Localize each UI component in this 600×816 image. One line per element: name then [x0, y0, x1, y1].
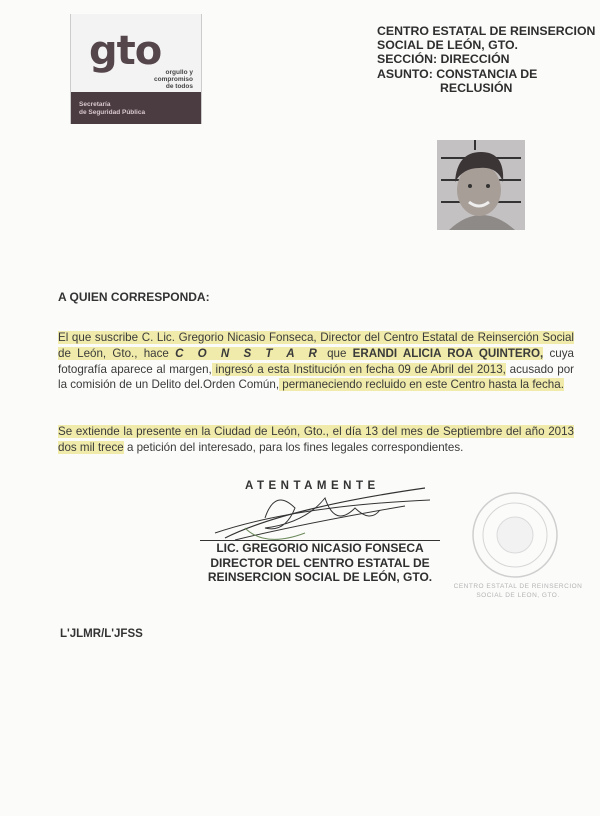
body-paragraph-1: El que suscribe C. Lic. Gregorio Nicasio… — [58, 330, 574, 393]
logo-department-band: Secretaría de Seguridad Pública — [71, 92, 201, 124]
header-subject-cont: RECLUSIÓN — [377, 81, 595, 95]
signer-name: LIC. GREGORIO NICASIO FONSECA — [200, 541, 440, 556]
header-subject: ASUNTO: CONSTANCIA DE — [377, 67, 595, 81]
inmate-photo — [437, 140, 525, 230]
person-photo-icon — [437, 140, 525, 230]
signer-institution: REINSERCION SOCIAL DE LEÓN, GTO. — [200, 570, 440, 585]
document-header: CENTRO ESTATAL DE REINSERCION SOCIAL DE … — [377, 24, 595, 95]
signature-scribble-icon — [205, 478, 435, 548]
reference-initials: L'JLMR/L'JFSS — [60, 628, 143, 640]
gto-logo: gto orgullo y compromiso de todos Secret… — [70, 14, 202, 124]
header-line: CENTRO ESTATAL DE REINSERCION — [377, 24, 595, 38]
stamp-caption: CENTRO ESTATAL DE REINSERCION SOCIAL DE … — [448, 582, 588, 600]
official-seal-icon — [470, 490, 560, 580]
signer-title: DIRECTOR DEL CENTRO ESTATAL DE — [200, 556, 440, 571]
inmate-name: ERANDI ALICIA ROA QUINTERO, — [353, 347, 544, 360]
body-paragraph-2: Se extiende la presente en la Ciudad de … — [58, 424, 574, 456]
logo-slogan: orgullo y compromiso de todos — [131, 69, 193, 90]
header-section: SECCIÓN: DIRECCIÓN — [377, 52, 595, 66]
header-line: SOCIAL DE LEÓN, GTO. — [377, 38, 595, 52]
signer-block: LIC. GREGORIO NICASIO FONSECA DIRECTOR D… — [200, 541, 440, 585]
constar-emphasis: C O N S T A R — [175, 347, 321, 360]
logo-brand: gto — [89, 28, 161, 74]
salutation: A QUIEN CORRESPONDA: — [58, 290, 210, 304]
